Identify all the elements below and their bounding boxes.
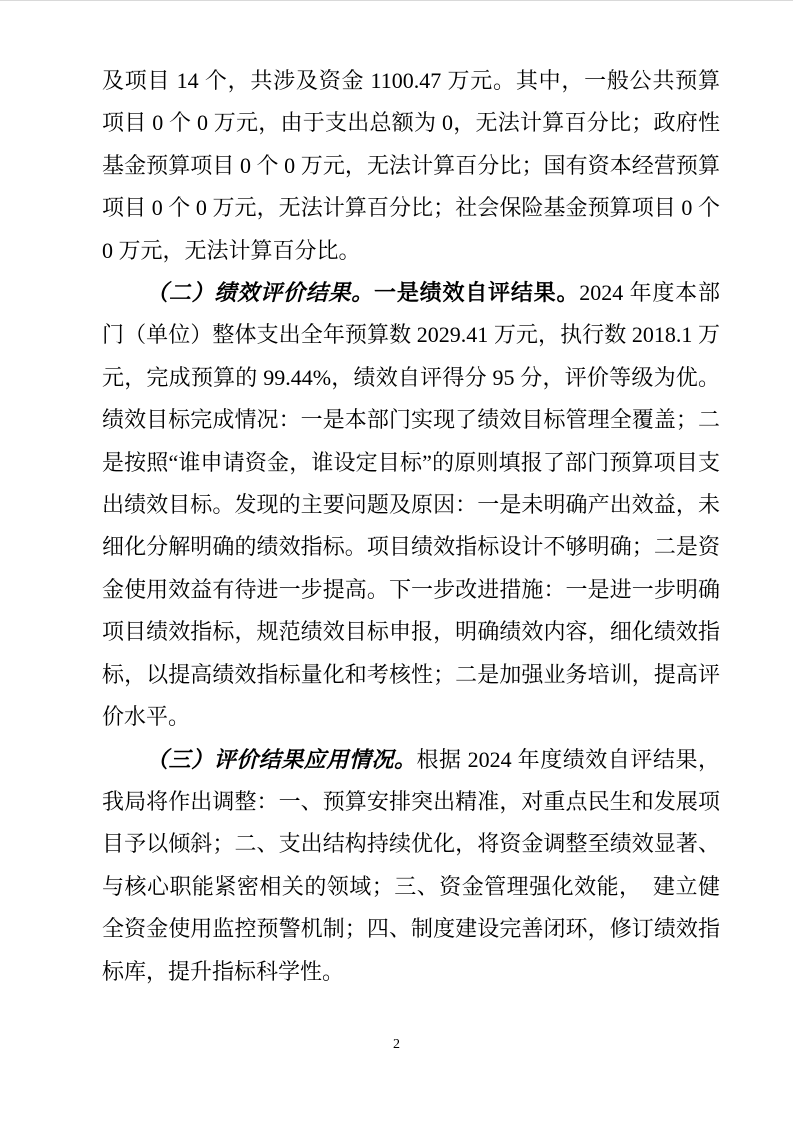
page-number: 2 xyxy=(0,1037,793,1053)
section-3-heading: （三）评价结果应用情况。 xyxy=(146,747,417,772)
section-2-subheading: 一是绩效自评结果。 xyxy=(374,280,579,305)
paragraph-continuation: 及项目 14 个，共涉及资金 1100.47 万元。其中，一般公共预算项目 0 … xyxy=(102,60,720,272)
document-page: 及项目 14 个，共涉及资金 1100.47 万元。其中，一般公共预算项目 0 … xyxy=(0,0,793,1122)
paragraph-continuation-text: 及项目 14 个，共涉及资金 1100.47 万元。其中，一般公共预算项目 0 … xyxy=(102,68,720,263)
section-2-body-text: 2024 年度本部门（单位）整体支出全年预算数 2029.41 万元，执行数 2… xyxy=(102,280,720,729)
paragraph-section-2: （二）绩效评价结果。一是绩效自评结果。2024 年度本部门（单位）整体支出全年预… xyxy=(102,272,720,738)
paragraph-section-3: （三）评价结果应用情况。根据 2024 年度绩效自评结果，我局将作出调整：一、预… xyxy=(102,739,720,993)
document-body: 及项目 14 个，共涉及资金 1100.47 万元。其中，一般公共预算项目 0 … xyxy=(102,60,720,993)
section-2-heading: （二）绩效评价结果。 xyxy=(146,280,374,305)
section-3-body-text: 根据 2024 年度绩效自评结果，我局将作出调整：一、预算安排突出精准，对重点民… xyxy=(102,747,720,984)
